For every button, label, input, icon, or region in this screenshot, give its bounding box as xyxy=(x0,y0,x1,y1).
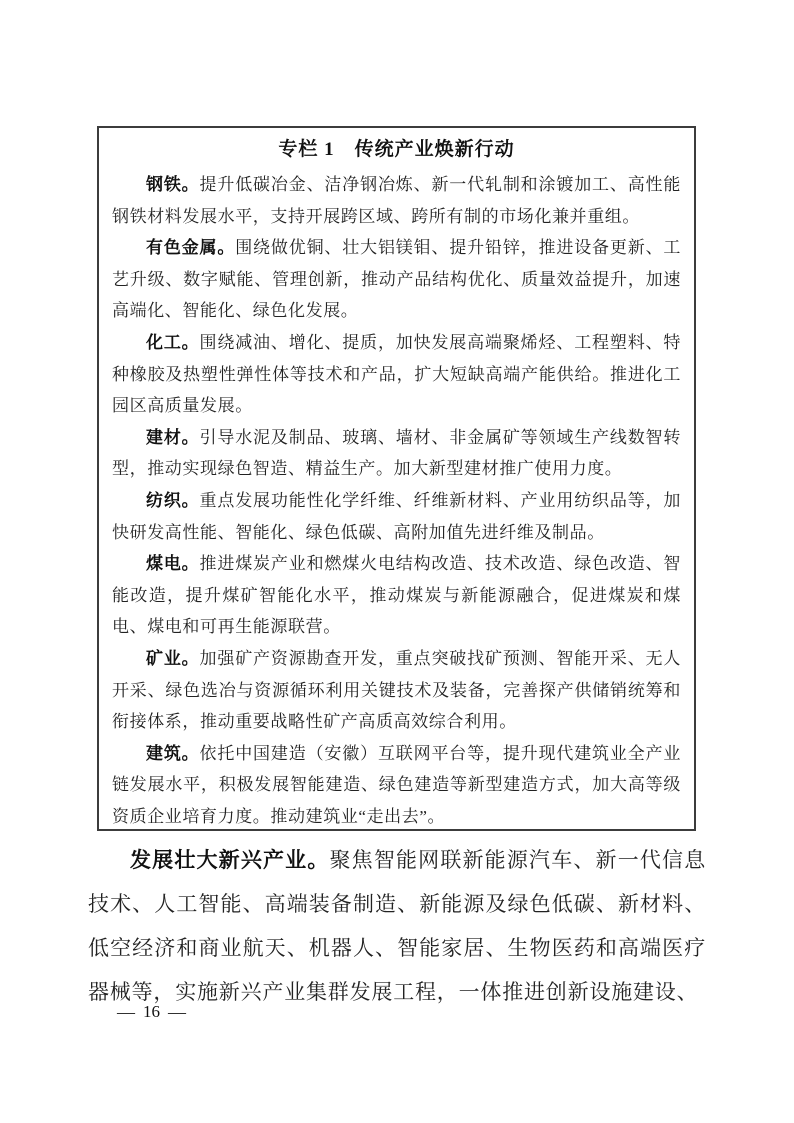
box-paragraph-building-materials: 建材。引导水泥及制品、玻璃、墙材、非金属矿等领域生产线数智转型，推动实现绿色智造… xyxy=(112,422,681,485)
page-number: 16 xyxy=(143,1000,160,1024)
box-paragraph-mining: 矿业。加强矿产资源勘查开发，重点突破找矿预测、智能开采、无人开采、绿色选冶与资源… xyxy=(112,643,681,738)
box-paragraph-steel: 钢铁。提升低碳冶金、洁净钢冶炼、新一代轧制和涂镀加工、高性能钢铁材料发展水平，支… xyxy=(112,169,681,232)
feature-box: 专栏 1 传统产业焕新行动 钢铁。提升低碳冶金、洁净钢冶炼、新一代轧制和涂镀加工… xyxy=(97,126,696,831)
paragraph-lead: 煤电。 xyxy=(146,554,200,573)
paragraph-lead: 矿业。 xyxy=(146,649,200,668)
paragraph-lead: 建材。 xyxy=(146,428,200,447)
paragraph-lead: 建筑。 xyxy=(146,744,200,763)
box-paragraph-coal-power: 煤电。推进煤炭产业和燃煤火电结构改造、技术改造、绿色改造、智能改造，提升煤矿智能… xyxy=(112,548,681,643)
document-page: 专栏 1 传统产业焕新行动 钢铁。提升低碳冶金、洁净钢冶炼、新一代轧制和涂镀加工… xyxy=(0,0,794,1123)
paragraph-lead: 钢铁。 xyxy=(146,175,200,194)
paragraph-lead: 发展壮大新兴产业。 xyxy=(130,848,330,872)
paragraph-lead: 化工。 xyxy=(146,333,200,352)
box-paragraph-textile: 纺织。重点发展功能性化学纤维、纤维新材料、产业用纺织品等，加快研发高性能、智能化… xyxy=(112,485,681,548)
paragraph-lead: 纺织。 xyxy=(146,491,200,510)
box-paragraph-nonferrous: 有色金属。围绕做优铜、壮大铝镁钼、提升铅锌，推进设备更新、工艺升级、数字赋能、管… xyxy=(112,232,681,327)
page-footer: — 16 — xyxy=(117,1000,186,1024)
box-paragraph-chemical: 化工。围绕减油、增化、提质，加快发展高端聚烯烃、工程塑料、特种橡胶及热塑性弹性体… xyxy=(112,327,681,422)
box-title: 专栏 1 传统产业焕新行动 xyxy=(112,135,681,165)
footer-dash-left: — xyxy=(117,1000,135,1024)
box-paragraph-construction: 建筑。依托中国建造（安徽）互联网平台等，提升现代建筑业全产业链发展水平，积极发展… xyxy=(112,738,681,833)
body-paragraph-emerging-industries: 发展壮大新兴产业。聚焦智能网联新能源汽车、新一代信息技术、人工智能、高端装备制造… xyxy=(88,838,706,1014)
footer-dash-right: — xyxy=(168,1000,186,1024)
paragraph-lead: 有色金属。 xyxy=(146,238,235,257)
